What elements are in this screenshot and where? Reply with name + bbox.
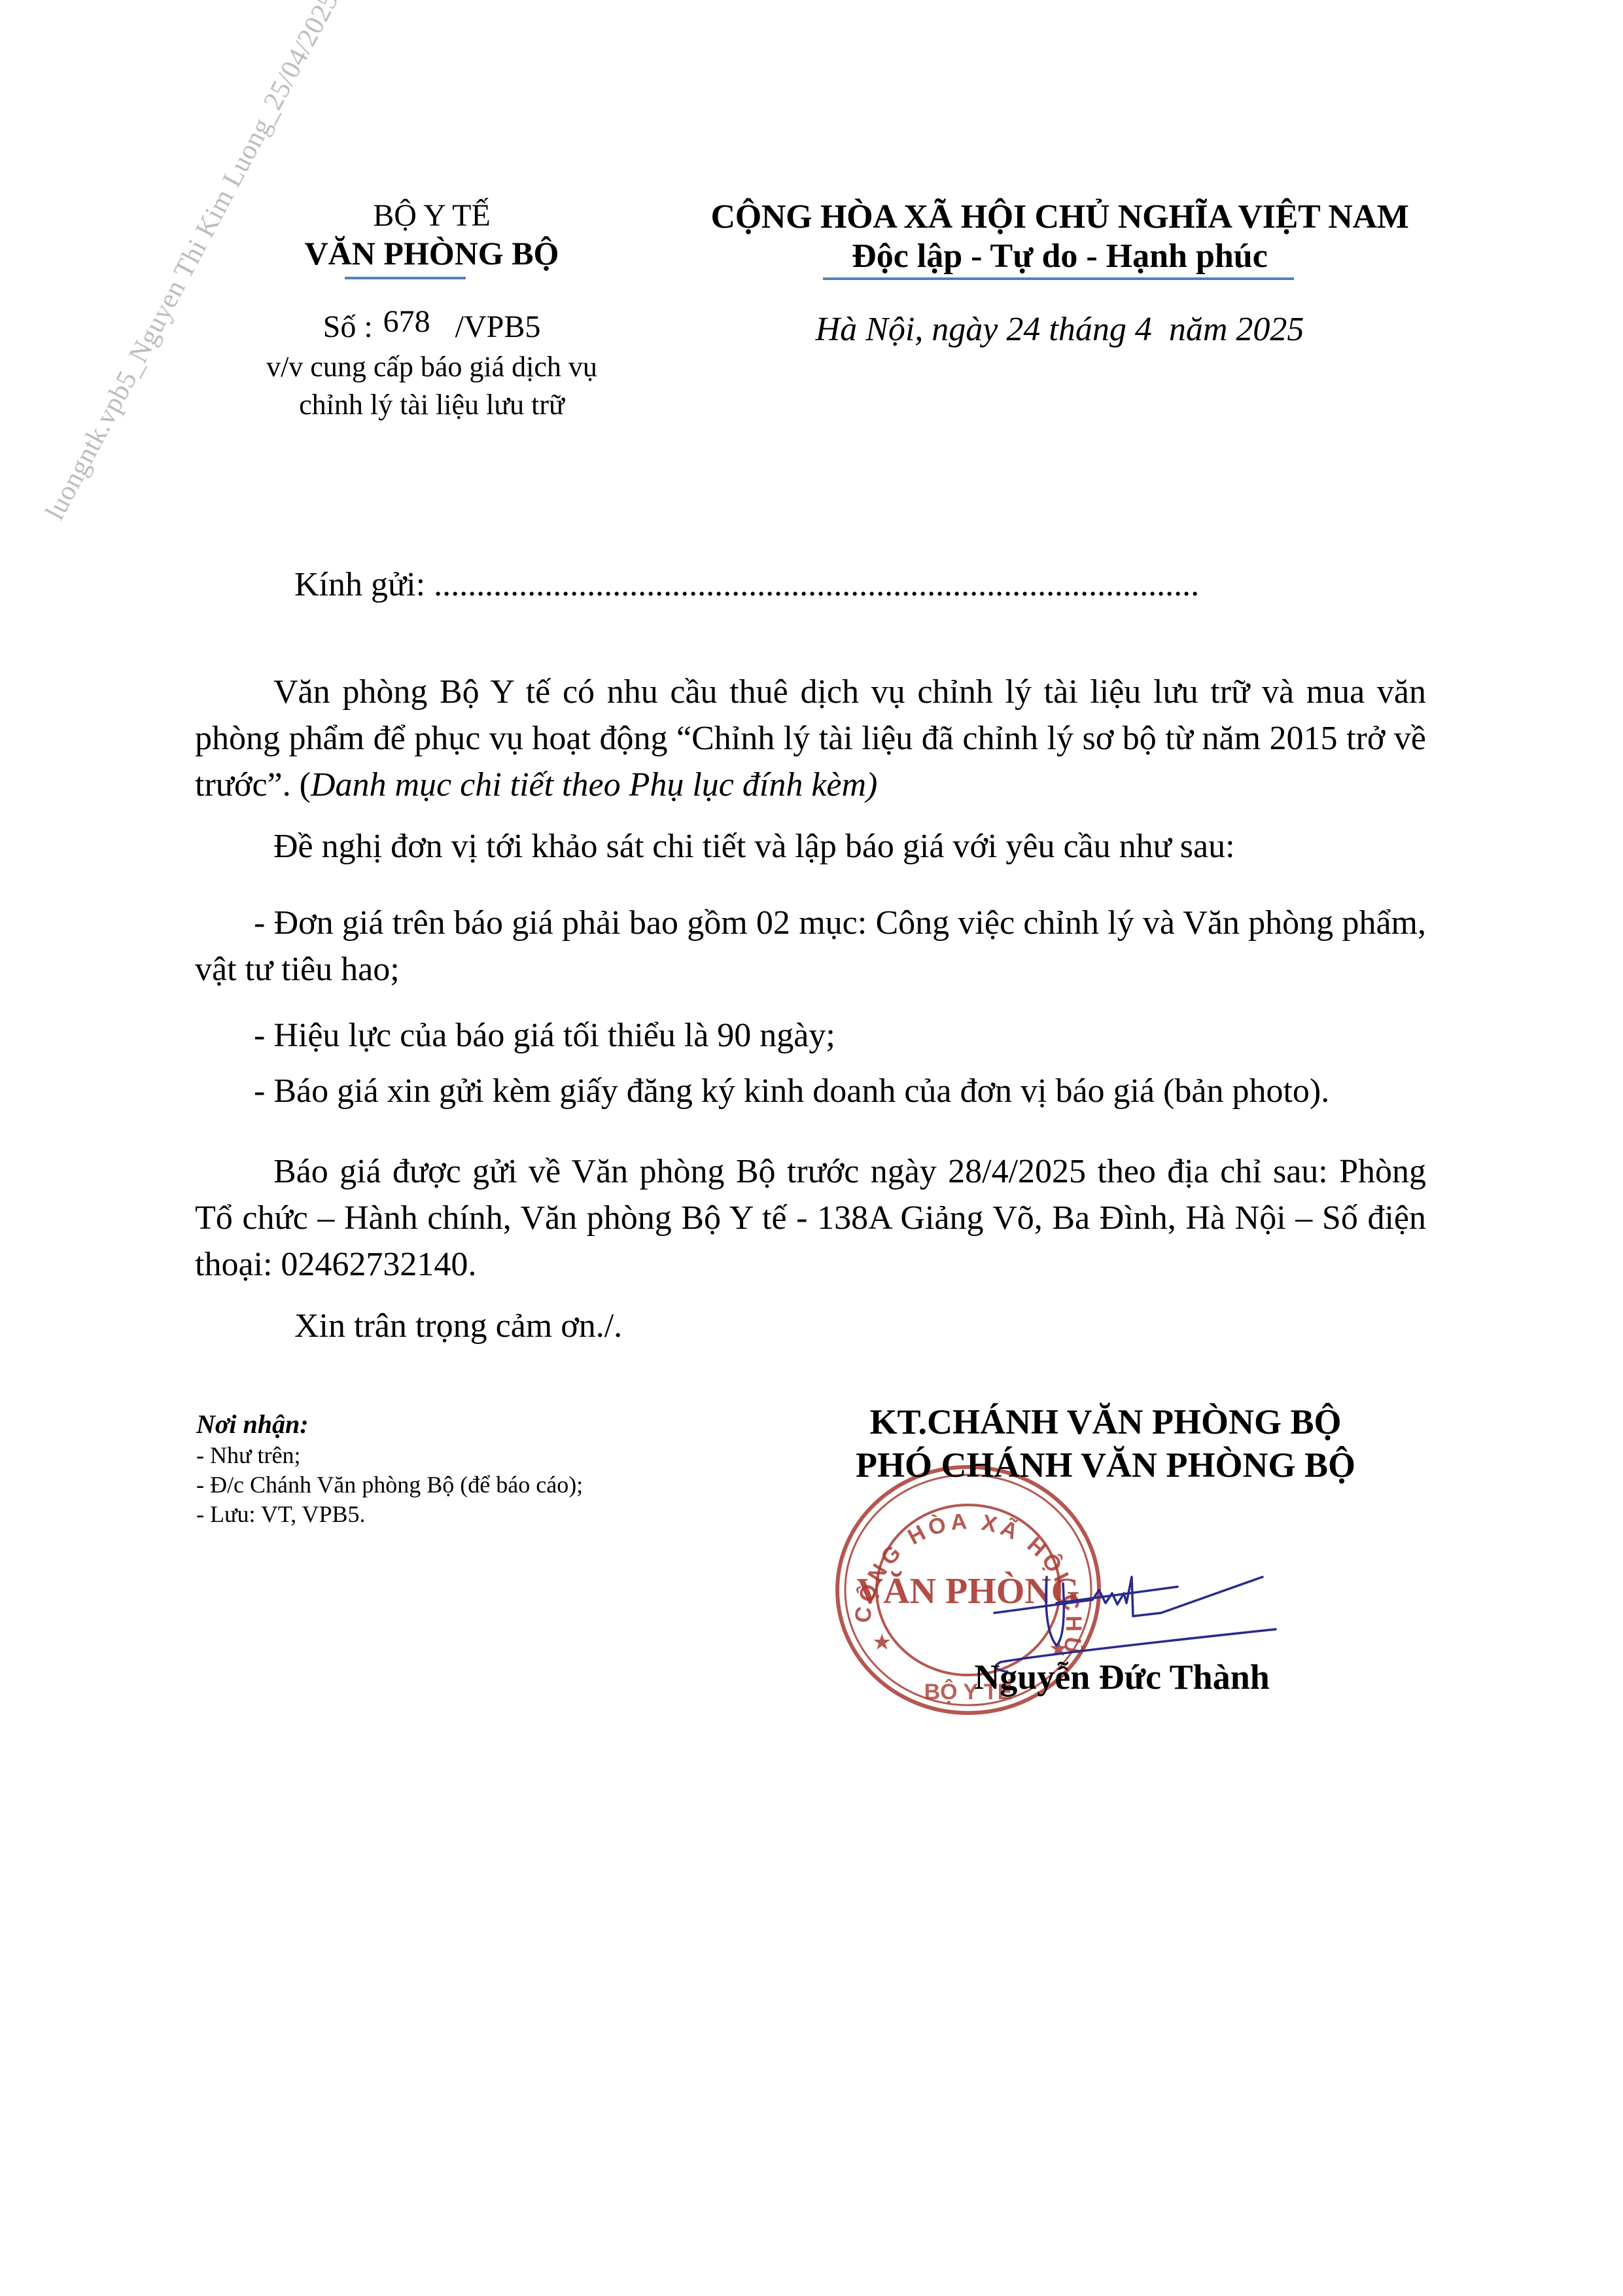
national-motto: Độc lập - Tự do - Hạnh phúc <box>667 236 1452 277</box>
subject-line-2: chỉnh lý tài liệu lưu trữ <box>196 386 667 424</box>
recipient-item: - Lưu: VT, VPB5. <box>196 1500 583 1529</box>
ministry-name: BỘ Y TẾ <box>196 196 667 236</box>
requirement-item: - Hiệu lực của báo giá tối thiểu là 90 n… <box>195 1012 1426 1059</box>
recipient-item: - Đ/c Chánh Văn phòng Bộ (để báo cáo); <box>196 1470 583 1500</box>
handwritten-signature-icon <box>896 1505 1302 1675</box>
number-value: 678 <box>383 302 430 342</box>
requirement-item: - Báo giá xin gửi kèm giấy đăng ký kinh … <box>195 1068 1426 1114</box>
document-subject: v/v cung cấp báo giá dịch vụ chỉnh lý tà… <box>196 348 667 424</box>
paragraph-proposal: Đề nghị đơn vị tới khảo sát chi tiết và … <box>195 823 1426 870</box>
svg-text:★: ★ <box>872 1631 892 1655</box>
number-suffix: /VPB5 <box>455 309 541 344</box>
requirement-item: - Đơn giá trên báo giá phải bao gồm 02 m… <box>195 900 1426 993</box>
recipients-block: Nơi nhận: - Như trên; - Đ/c Chánh Văn ph… <box>196 1408 583 1529</box>
closing-text: Xin trân trọng cảm ơn./. <box>294 1305 622 1347</box>
paragraph-request: Văn phòng Bộ Y tế có nhu cầu thuê dịch v… <box>195 669 1426 808</box>
recipient-item: - Như trên; <box>196 1441 583 1470</box>
office-name: VĂN PHÒNG BỘ <box>196 233 667 274</box>
signer-title: PHÓ CHÁNH VĂN PHÒNG BỘ <box>818 1443 1393 1487</box>
subject-line-1: v/v cung cấp báo giá dịch vụ <box>196 348 667 386</box>
paragraph-request-note: Danh mục chi tiết theo Phụ lục đính kèm) <box>311 766 877 804</box>
nation-title: CỘNG HÒA XÃ HỘI CHỦ NGHĨA VIỆT NAM <box>667 196 1452 238</box>
office-underline <box>345 277 466 279</box>
place-date: Hà Nội, ngày 24 tháng 4 năm 2025 <box>667 309 1452 351</box>
greeting: Kính gửi: ..............................… <box>294 564 1199 606</box>
recipients-title: Nơi nhận: <box>196 1408 583 1441</box>
motto-underline <box>823 277 1294 280</box>
paragraph-deadline: Báo giá được gửi về Văn phòng Bộ trước n… <box>195 1148 1426 1288</box>
number-label: Số : <box>323 309 373 344</box>
signer-authority: KT.CHÁNH VĂN PHÒNG BỘ <box>818 1400 1393 1443</box>
document-number: Số :678/VPB5 <box>196 308 667 347</box>
signer-name: Nguyễn Đức Thành <box>952 1655 1292 1699</box>
